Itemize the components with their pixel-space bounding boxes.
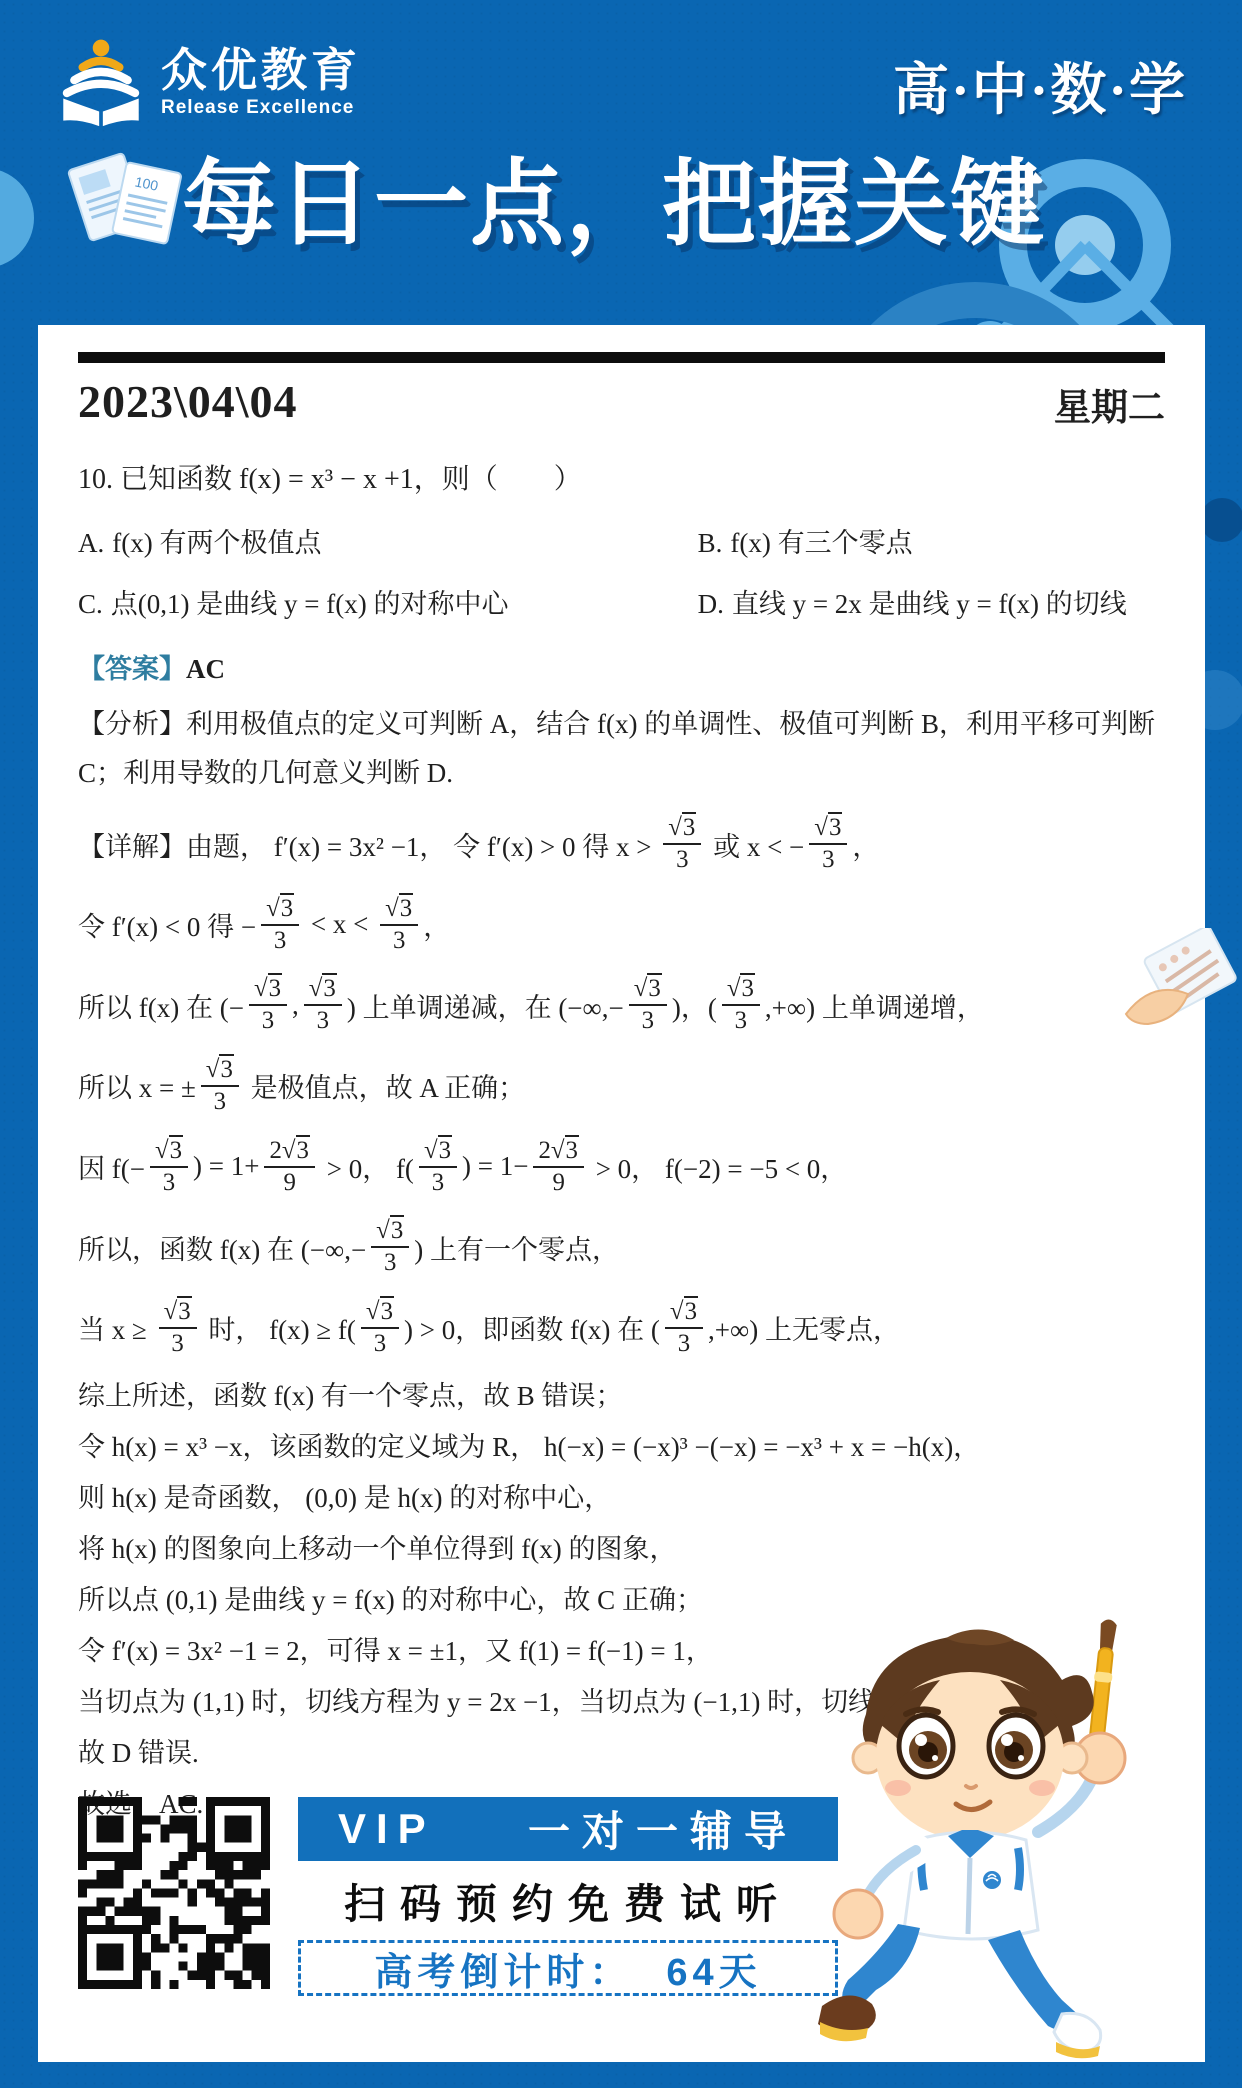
slogan-row: 100 每日一点，把握关键: [60, 128, 1160, 263]
solution-line: 所以，函数 f(x) 在 (−∞,−√33) 上有一个零点，: [78, 1212, 1165, 1282]
solution-line: 因 f(−√33) = 1+2√39 > 0， f(√33) = 1−2√39 …: [78, 1132, 1165, 1202]
analysis: 【分析】利用极值点的定义可判断 A，结合 f(x) 的单调性、极值可判断 B，利…: [78, 700, 1165, 797]
options-grid: A.f(x) 有两个极值点B.f(x) 有三个零点C.点(0,1) 是曲线 y …: [78, 521, 1165, 621]
left-circle-deco: [0, 168, 34, 268]
brand: 众优教育 Release Excellence: [55, 36, 361, 128]
solution-line: 所以 f(x) 在 (−√33,√33) 上单调递减，在 (−∞,−√33)，(…: [78, 970, 1165, 1040]
solution-line: 综上所述，函数 f(x) 有一个零点，故 B 错误；: [78, 1374, 1165, 1414]
option-b: B.f(x) 有三个零点: [698, 521, 1165, 560]
solution-line: 则 h(x) 是奇函数， (0,0) 是 h(x) 的对称中心，: [78, 1476, 1165, 1516]
date-row: 2023\04\04 星期二: [78, 375, 1165, 431]
option-a: A.f(x) 有两个极值点: [78, 521, 698, 560]
answer-value: AC: [186, 654, 225, 684]
answer-label: 【答案】: [78, 654, 186, 684]
option-d: D.直线 y = 2x 是曲线 y = f(x) 的切线: [698, 582, 1165, 621]
documents-icon: 100: [60, 137, 188, 255]
vip-text: 一对一辅导: [528, 1799, 798, 1859]
solution-line: 将 h(x) 的图象向上移动一个单位得到 f(x) 的图象，: [78, 1527, 1165, 1567]
subject-title: 高·中·数·学: [893, 46, 1187, 126]
qr-code-icon: [78, 1797, 270, 1989]
solution-line: 所以点 (0,1) 是曲线 y = f(x) 的对称中心，故 C 正确；: [78, 1578, 1165, 1618]
countdown-box: 高考倒计时：64天: [298, 1940, 838, 1996]
vip-label: VIP: [338, 1805, 436, 1853]
brand-subtitle: Release Excellence: [161, 97, 361, 119]
scan-cta: 扫码预约免费试听: [298, 1871, 838, 1930]
countdown-label: 高考倒计时：: [374, 1941, 632, 1996]
vip-banner: VIP 一对一辅导: [298, 1797, 838, 1861]
header: 众优教育 Release Excellence 高·中·数·学: [55, 36, 1187, 128]
problem: 10. 已知函数 f(x) = x³ − x +1，则（ ） A.f(x) 有两…: [78, 457, 1165, 621]
running-student-mascot: [770, 1618, 1180, 2064]
solution-line: 当 x ≥ √33 时， f(x) ≥ f(√33) > 0，即函数 f(x) …: [78, 1293, 1165, 1363]
brush-icon: [1087, 1619, 1118, 1745]
solution-line: 令 f′(x) < 0 得 −√33 < x < √33，: [78, 890, 1165, 960]
weekday: 星期二: [1054, 377, 1165, 431]
promo-column: VIP 一对一辅导 扫码预约免费试听 高考倒计时：64天: [298, 1797, 838, 1996]
countdown-value: 64天: [666, 1941, 761, 1996]
option-c: C.点(0,1) 是曲线 y = f(x) 的对称中心: [78, 582, 698, 621]
solution-line: 【详解】由题， f′(x) = 3x² −1， 令 f′(x) > 0 得 x …: [78, 809, 1165, 879]
problem-stem: 10. 已知函数 f(x) = x³ − x +1，则（ ）: [78, 457, 1165, 497]
brand-name: 众优教育: [161, 45, 361, 96]
top-rule: [78, 352, 1165, 363]
answer-line: 【答案】AC: [78, 647, 1165, 686]
solution-line: 所以 x = ±√33 是极值点，故 A 正确；: [78, 1051, 1165, 1121]
promo-footer: VIP 一对一辅导 扫码预约免费试听 高考倒计时：64天: [78, 1797, 838, 1996]
analysis-label: 【分析】: [78, 709, 186, 739]
date: 2023\04\04: [78, 375, 298, 428]
book-reader-logo-icon: [55, 36, 147, 128]
solution-line: 令 h(x) = x³ −x，该函数的定义域为 R， h(−x) = (−x)³…: [78, 1425, 1165, 1465]
hand-paper-icon: [1118, 928, 1242, 1028]
slogan-title: 每日一点，把握关键: [182, 128, 1046, 263]
analysis-text: 利用极值点的定义可判断 A，结合 f(x) 的单调性、极值可判断 B，利用平移可…: [78, 709, 1155, 788]
poster-page: 众优教育 Release Excellence 高·中·数·学 100: [0, 0, 1242, 2088]
